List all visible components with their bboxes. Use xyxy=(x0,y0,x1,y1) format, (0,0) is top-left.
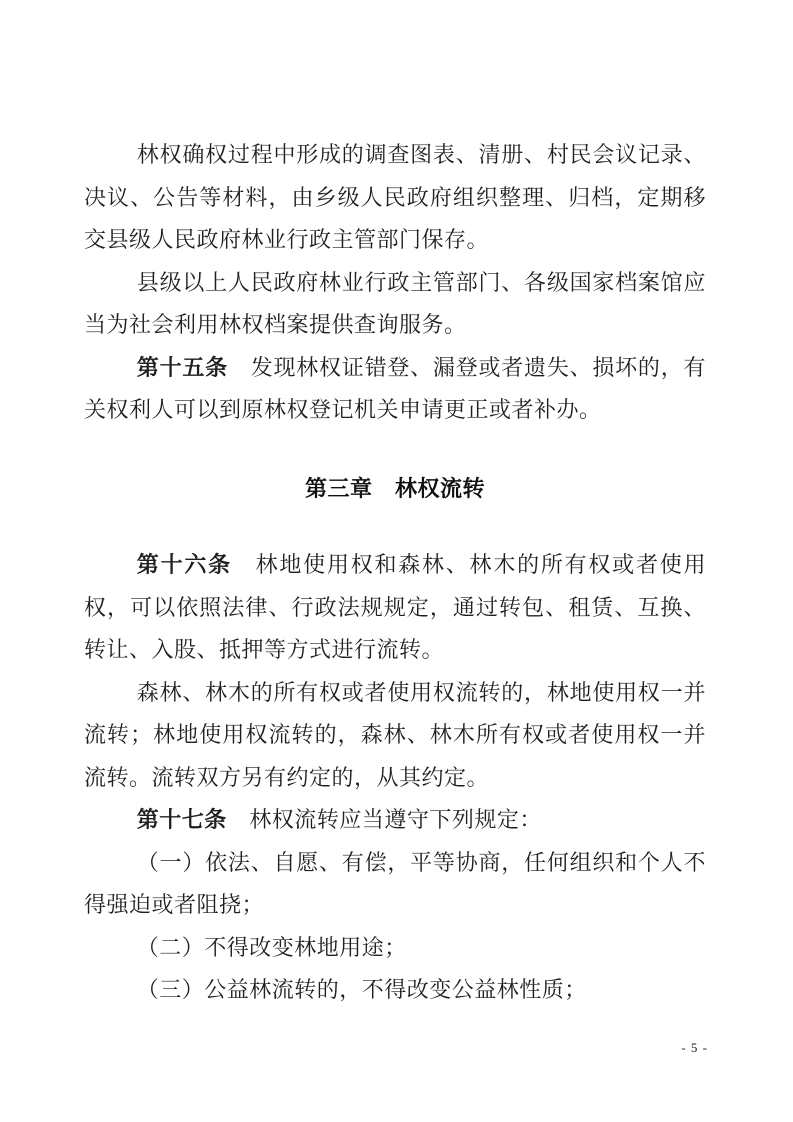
article-16-label: 第十六条 xyxy=(137,552,232,577)
document-page: 林权确权过程中形成的调查图表、清册、村民会议记录、决议、公告等材料，由乡级人民政… xyxy=(0,0,793,1122)
paragraph-joint-transfer: 森林、林木的所有权或者使用权流转的，林地使用权一并流转；林地使用权流转的，森林、… xyxy=(84,672,706,800)
paragraph-archive-access: 县级以上人民政府林业行政主管部门、各级国家档案馆应当为社会利用林权档案提供查询服… xyxy=(84,262,706,347)
article-15-label: 第十五条 xyxy=(137,355,228,380)
article-17-label: 第十七条 xyxy=(137,807,227,832)
list-item-rule-1: （一）依法、自愿、有偿，平等协商，任何组织和个人不得强迫或者阻挠； xyxy=(84,842,706,927)
page-number: - 5 - xyxy=(0,1040,708,1056)
paragraph-article-17: 第十七条 林权流转应当遵守下列规定： xyxy=(84,799,706,842)
list-item-rule-2: （二）不得改变林地用途； xyxy=(84,927,706,970)
paragraph-article-15: 第十五条 发现林权证错登、漏登或者遗失、损坏的，有关权利人可以到原林权登记机关申… xyxy=(84,347,706,432)
paragraph-archiving-materials: 林权确权过程中形成的调查图表、清册、村民会议记录、决议、公告等材料，由乡级人民政… xyxy=(84,134,706,262)
document-body: 林权确权过程中形成的调查图表、清册、村民会议记录、决议、公告等材料，由乡级人民政… xyxy=(84,134,706,1012)
paragraph-article-16: 第十六条 林地使用权和森林、林木的所有权或者使用权，可以依照法律、行政法规规定，… xyxy=(84,544,706,672)
article-17-body: 林权流转应当遵守下列规定： xyxy=(227,807,542,832)
list-item-rule-3: （三）公益林流转的，不得改变公益林性质； xyxy=(84,969,706,1012)
chapter-3-heading: 第三章 林权流转 xyxy=(84,468,706,511)
